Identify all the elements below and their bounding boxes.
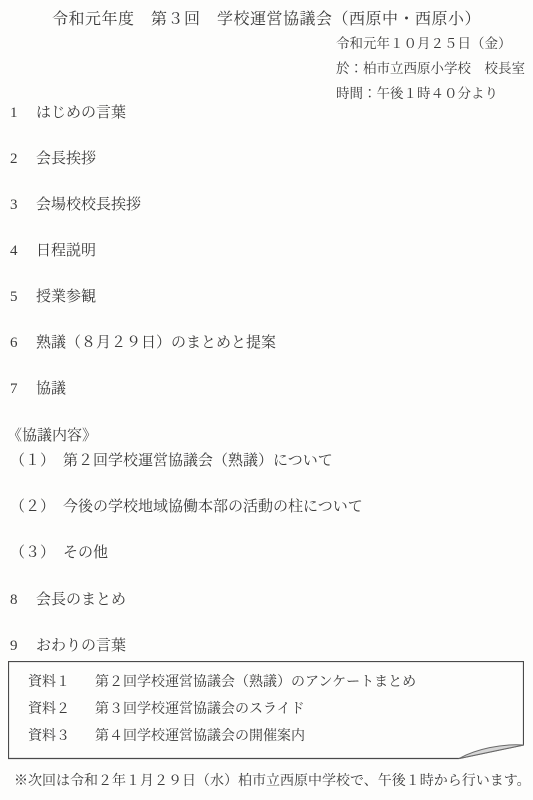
agenda-item-label: はじめの言葉: [36, 105, 126, 121]
agenda-item-label: 会長のまとめ: [36, 592, 126, 608]
material-item-2: 資料２第３回学校運営協議会のスライド: [28, 698, 305, 718]
agenda-item-label: おわりの言葉: [36, 638, 126, 654]
agenda-item-label: 会長挨拶: [36, 151, 96, 167]
agenda-item-number: 4: [10, 243, 36, 260]
material-label: 第２回学校運営協議会（熟議）のアンケートまとめ: [95, 675, 416, 690]
material-number: 資料３: [28, 725, 95, 745]
agenda-item-7: 7協議: [10, 377, 66, 398]
material-number: 資料１: [28, 671, 95, 691]
discussion-item-2: （２）今後の学校地域協働本部の活動の柱について: [10, 495, 363, 516]
agenda-item-6: 6熟議（８月２９日）のまとめと提案: [10, 331, 276, 352]
discussion-item-1: （１）第２回学校運営協議会（熟議）について: [10, 449, 333, 470]
agenda-item-label: 日程説明: [36, 243, 96, 259]
meeting-place-line: 於：柏市立西原小学校 校長室: [336, 56, 525, 81]
agenda-item-label: 協議: [36, 381, 66, 397]
agenda-item-number: 9: [10, 638, 36, 655]
agenda-item-9: 9おわりの言葉: [10, 634, 126, 655]
material-number: 資料２: [28, 698, 95, 718]
agenda-item-3: 3会場校校長挨拶: [10, 193, 141, 214]
next-meeting-footnote: ※次回は令和２年１月２９日（水）柏市立西原中学校で、午後１時から行います。: [14, 770, 531, 790]
discussion-item-label: 第２回学校運営協議会（熟議）について: [63, 453, 333, 469]
discussion-item-label: その他: [63, 545, 108, 561]
discussion-item-label: 今後の学校地域協働本部の活動の柱について: [63, 499, 363, 515]
meeting-meta-block: 令和元年１０月２５日（金） 於：柏市立西原小学校 校長室 時間：午後１時４０分よ…: [336, 31, 525, 106]
agenda-item-label: 熟議（８月２９日）のまとめと提案: [36, 335, 276, 351]
discussion-item-number: （２）: [10, 495, 63, 516]
materials-box: 資料１第２回学校運営協議会（熟議）のアンケートまとめ 資料２第３回学校運営協議会…: [8, 661, 524, 760]
agenda-item-label: 授業参観: [36, 289, 96, 305]
discussion-item-3: （３）その他: [10, 541, 108, 562]
material-item-3: 資料３第４回学校運営協議会の開催案内: [28, 725, 305, 745]
material-label: 第３回学校運営協議会のスライド: [95, 702, 305, 717]
agenda-item-number: 5: [10, 289, 36, 306]
meeting-agenda-document: 令和元年度 第３回 学校運営協議会（西原中・西原小） 令和元年１０月２５日（金）…: [0, 0, 533, 800]
agenda-item-5: 5授業参観: [10, 285, 96, 306]
meeting-date-line: 令和元年１０月２５日（金）: [336, 31, 525, 56]
agenda-item-number: 8: [10, 592, 36, 609]
material-label: 第４回学校運営協議会の開催案内: [95, 729, 305, 744]
meeting-time-line: 時間：午後１時４０分より: [336, 81, 525, 106]
discussion-item-number: （３）: [10, 541, 63, 562]
agenda-item-number: 6: [10, 335, 36, 352]
agenda-item-8: 8会長のまとめ: [10, 588, 126, 609]
agenda-item-number: 2: [10, 151, 36, 168]
discussion-item-number: （１）: [10, 449, 63, 470]
agenda-item-label: 会場校校長挨拶: [36, 197, 141, 213]
material-item-1: 資料１第２回学校運営協議会（熟議）のアンケートまとめ: [28, 671, 416, 691]
discussion-section-heading: 《協議内容》: [7, 424, 97, 445]
agenda-item-2: 2会長挨拶: [10, 147, 96, 168]
agenda-item-number: 3: [10, 197, 36, 214]
document-title: 令和元年度 第３回 学校運営協議会（西原中・西原小）: [0, 6, 533, 29]
agenda-item-4: 4日程説明: [10, 239, 96, 260]
agenda-item-number: 1: [10, 105, 36, 122]
agenda-item-number: 7: [10, 381, 36, 398]
agenda-item-1: 1はじめの言葉: [10, 101, 126, 122]
